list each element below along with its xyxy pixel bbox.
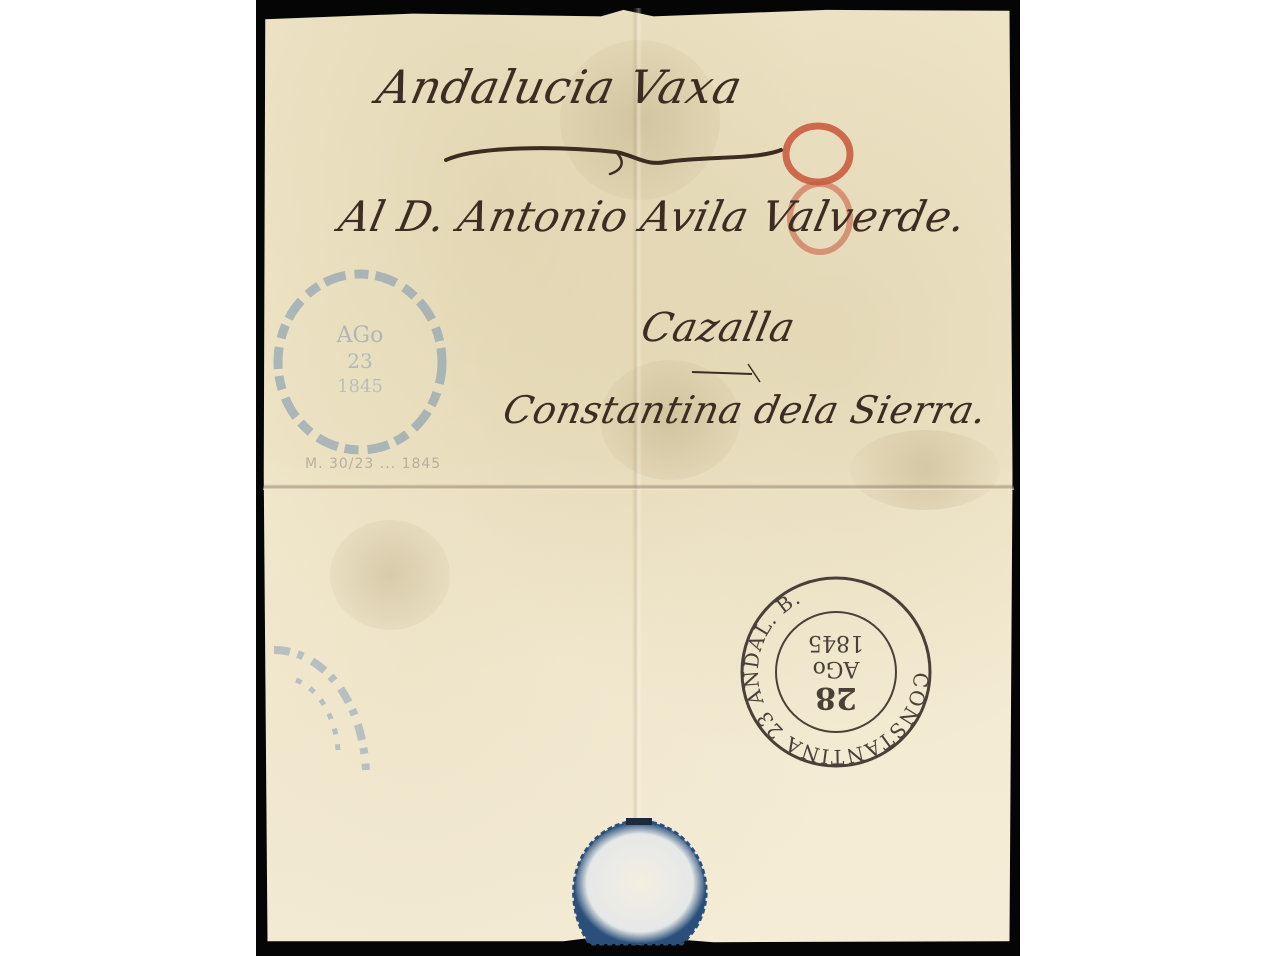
dated-circular-postmark: CONSTANTINA 23 ANDAL. B. 28 AGo 1845 [736,572,936,772]
destination-inscription: Constantina dela Sierra. [499,388,991,432]
pencil-annotation: M. 30/23 ... 1845 [305,456,441,472]
postmark-month: AGo [813,656,861,681]
svg-text:23: 23 [347,349,372,373]
route-inscription: Andalucia Vaxa [372,60,747,114]
paper-stain [850,430,1000,510]
underline-flourish [436,138,786,178]
paper-stain [330,520,450,630]
wax-seal-remnant [570,818,710,956]
horizontal-fold-line [263,484,1014,490]
addressee-inscription: Al D. Antonio Avila Valverde. [335,192,971,241]
postmark-year: 1845 [808,630,864,655]
partial-blue-postmark [266,630,376,780]
blue-circular-postmark: AGo 23 1845 [268,264,452,460]
svg-text:AGo: AGo [336,323,384,348]
arrow-stroke [690,360,770,390]
svg-text:1845: 1845 [337,376,383,397]
town-inscription: Cazalla [637,305,799,351]
postmark-day: 28 [815,680,857,715]
